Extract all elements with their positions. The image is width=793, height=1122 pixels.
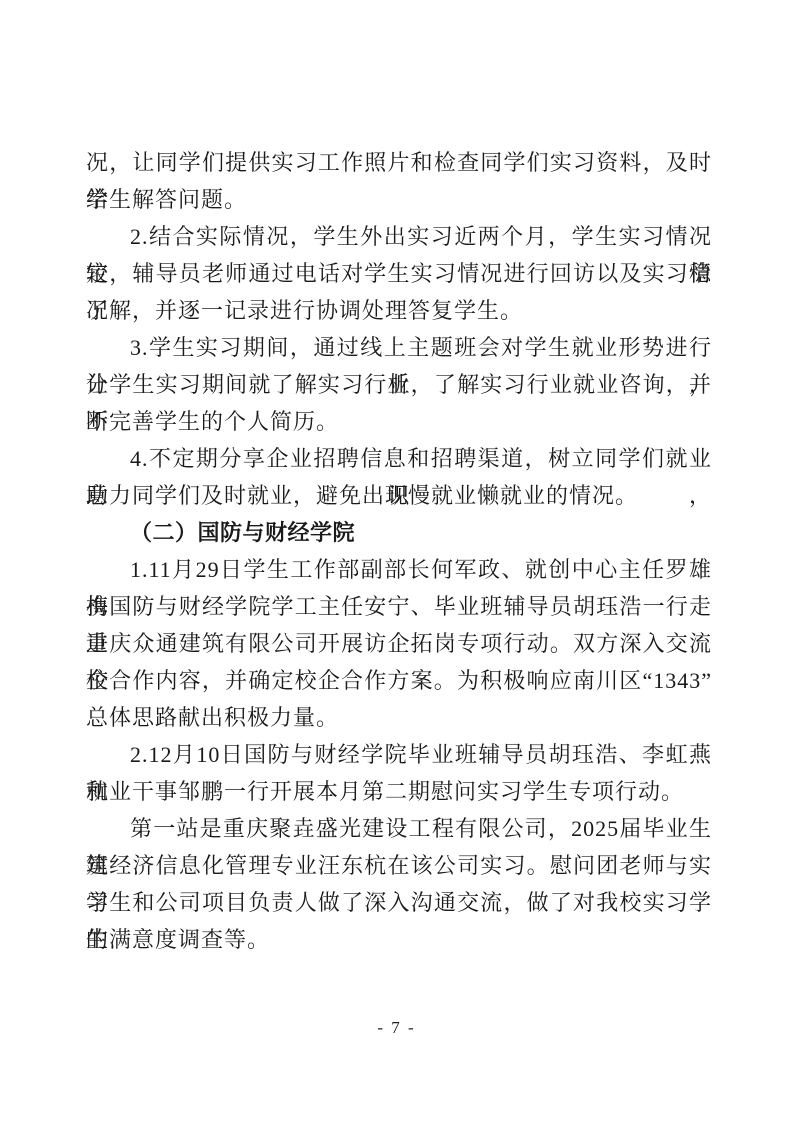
body-line: 定，辅导员老师通过电话对学生实习情况进行回访以及实习情况: [86, 255, 712, 292]
body-line: 的满意度调查等。: [86, 921, 712, 958]
document-page: 况，让同学们提供实习工作照片和检查同学们实习资料，及时给 学生解答问题。 2.结…: [0, 0, 793, 1122]
body-line: 2.12月10日国防与财经学院毕业班辅导员胡珏浩、李虹燕和: [86, 736, 712, 773]
body-line: 重庆众通建筑有限公司开展访企拓岗专项行动。双方深入交流校: [86, 625, 712, 662]
body-line: 总体思路献出积极力量。: [86, 699, 712, 736]
body-line: 况，让同学们提供实习工作照片和检查同学们实习资料，及时给: [86, 144, 712, 181]
body-text: 况，让同学们提供实习工作照片和检查同学们实习资料，及时给 学生解答问题。 2.结…: [86, 144, 712, 958]
body-line: 筑经济信息化管理专业汪东杭在该公司实习。慰问团老师与实习: [86, 847, 712, 884]
page-footer: - 7 -: [0, 1018, 793, 1038]
body-line: 第一站是重庆聚垚盛光建设工程有限公司，2025届毕业生建: [86, 810, 712, 847]
body-line: 2.结合实际情况，学生外出实习近两个月，学生实习情况较稳: [86, 218, 712, 255]
body-line: 助力同学们及时就业，避免出现慢就业懒就业的情况。: [86, 477, 712, 514]
body-line: 就业干事邹鹏一行开展本月第二期慰问实习学生专项行动。: [86, 773, 712, 810]
page-number: - 7 -: [377, 1018, 415, 1037]
body-line: 断完善学生的个人简历。: [86, 403, 712, 440]
section-heading: （二）国防与财经学院: [86, 514, 712, 551]
body-line: 了解，并逐一记录进行协调处理答复学生。: [86, 292, 712, 329]
body-line: 企合作内容，并确定校企合作方案。为积极响应南川区“1343”: [86, 662, 712, 699]
body-line: 携国防与财经学院学工主任安宁、毕业班辅导员胡珏浩一行走进: [86, 588, 712, 625]
body-line: 学生解答问题。: [86, 181, 712, 218]
body-line: 4.不定期分享企业招聘信息和招聘渠道，树立同学们就业意识，: [86, 440, 712, 477]
body-line: 让学生实习期间就了解实习行业，了解实习行业就业咨询，并不: [86, 366, 712, 403]
body-line: 1.11月29日学生工作部副部长何军政、就创中心主任罗雄梅: [86, 551, 712, 588]
body-line: 学生和公司项目负责人做了深入沟通交流，做了对我校实习学生: [86, 884, 712, 921]
body-line: 3.学生实习期间，通过线上主题班会对学生就业形势进行分析，: [86, 329, 712, 366]
